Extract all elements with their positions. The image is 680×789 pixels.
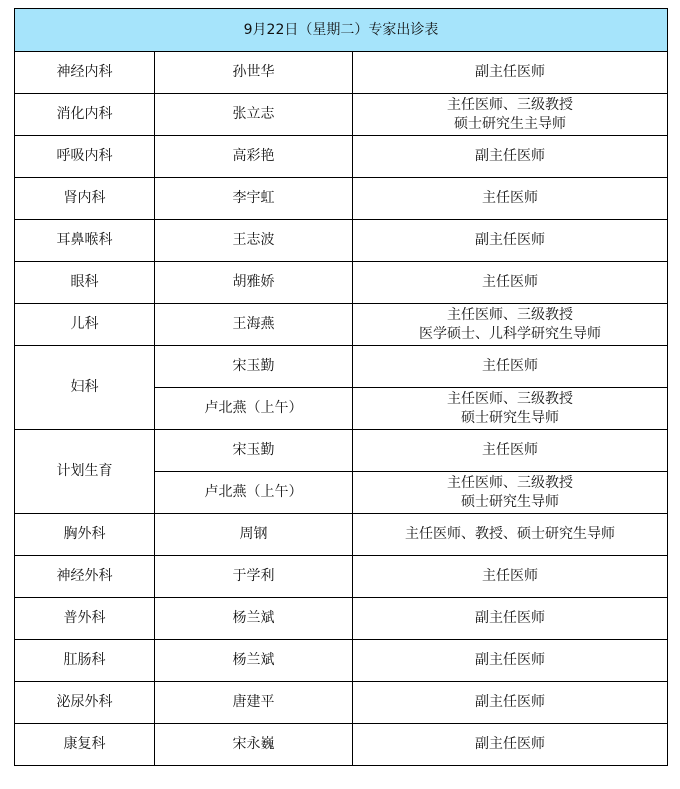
- title-line: 主任医师、三级教授: [353, 96, 667, 115]
- department-cell: 计划生育: [15, 430, 155, 514]
- doctor-name-cell: 孙世华: [155, 52, 353, 94]
- doctor-title-cell: 主任医师: [353, 178, 668, 220]
- doctor-title-cell: 主任医师、三级教授医学硕士、儿科学研究生导师: [353, 304, 668, 346]
- department-cell: 胸外科: [15, 514, 155, 556]
- doctor-title-cell: 副主任医师: [353, 724, 668, 766]
- title-line: 主任医师、三级教授: [353, 306, 667, 325]
- doctor-title-cell: 主任医师、三级教授硕士研究生导师: [353, 388, 668, 430]
- title-line: 副主任医师: [353, 147, 667, 166]
- table-title: 9月22日（星期二）专家出诊表: [15, 9, 668, 52]
- department-cell: 妇科: [15, 346, 155, 430]
- doctor-title-cell: 副主任医师: [353, 598, 668, 640]
- title-line: 主任医师: [353, 273, 667, 292]
- table-row: 胸外科周钢主任医师、教授、硕士研究生导师: [15, 514, 668, 556]
- title-line: 副主任医师: [353, 651, 667, 670]
- doctor-name-cell: 于学利: [155, 556, 353, 598]
- doctor-title-cell: 主任医师、三级教授硕士研究生主导师: [353, 94, 668, 136]
- doctor-title-cell: 主任医师、三级教授硕士研究生导师: [353, 472, 668, 514]
- department-cell: 神经外科: [15, 556, 155, 598]
- title-line: 医学硕士、儿科学研究生导师: [353, 325, 667, 344]
- table-row: 泌尿外科唐建平副主任医师: [15, 682, 668, 724]
- doctor-name-cell: 宋玉勤: [155, 430, 353, 472]
- doctor-title-cell: 主任医师、教授、硕士研究生导师: [353, 514, 668, 556]
- table-row: 呼吸内科高彩艳副主任医师: [15, 136, 668, 178]
- title-line: 副主任医师: [353, 231, 667, 250]
- doctor-name-cell: 张立志: [155, 94, 353, 136]
- department-cell: 神经内科: [15, 52, 155, 94]
- doctor-title-cell: 主任医师: [353, 262, 668, 304]
- table-body: 神经内科孙世华副主任医师消化内科张立志主任医师、三级教授硕士研究生主导师呼吸内科…: [15, 52, 668, 766]
- department-cell: 呼吸内科: [15, 136, 155, 178]
- doctor-name-cell: 王海燕: [155, 304, 353, 346]
- department-cell: 肛肠科: [15, 640, 155, 682]
- title-line: 主任医师: [353, 567, 667, 586]
- table-row: 耳鼻喉科王志波副主任医师: [15, 220, 668, 262]
- title-line: 主任医师、教授、硕士研究生导师: [353, 525, 667, 544]
- doctor-name-cell: 宋玉勤: [155, 346, 353, 388]
- title-line: 主任医师、三级教授: [353, 390, 667, 409]
- doctor-title-cell: 副主任医师: [353, 52, 668, 94]
- table-row: 消化内科张立志主任医师、三级教授硕士研究生主导师: [15, 94, 668, 136]
- doctor-name-cell: 宋永巍: [155, 724, 353, 766]
- title-line: 硕士研究生主导师: [353, 115, 667, 134]
- table-header-row: 9月22日（星期二）专家出诊表: [15, 9, 668, 52]
- doctor-title-cell: 副主任医师: [353, 220, 668, 262]
- table-row: 儿科王海燕主任医师、三级教授医学硕士、儿科学研究生导师: [15, 304, 668, 346]
- table-row: 计划生育宋玉勤主任医师: [15, 430, 668, 472]
- department-cell: 康复科: [15, 724, 155, 766]
- doctor-name-cell: 周钢: [155, 514, 353, 556]
- department-cell: 耳鼻喉科: [15, 220, 155, 262]
- title-line: 硕士研究生导师: [353, 493, 667, 512]
- department-cell: 肾内科: [15, 178, 155, 220]
- department-cell: 儿科: [15, 304, 155, 346]
- doctor-name-cell: 王志波: [155, 220, 353, 262]
- doctor-name-cell: 卢北燕（上午）: [155, 388, 353, 430]
- title-line: 主任医师、三级教授: [353, 474, 667, 493]
- doctor-title-cell: 主任医师: [353, 430, 668, 472]
- table-row: 神经外科于学利主任医师: [15, 556, 668, 598]
- title-line: 硕士研究生导师: [353, 409, 667, 428]
- title-line: 副主任医师: [353, 63, 667, 82]
- doctor-name-cell: 杨兰斌: [155, 640, 353, 682]
- title-line: 副主任医师: [353, 735, 667, 754]
- department-cell: 眼科: [15, 262, 155, 304]
- table-row: 神经内科孙世华副主任医师: [15, 52, 668, 94]
- doctor-name-cell: 高彩艳: [155, 136, 353, 178]
- title-line: 主任医师: [353, 189, 667, 208]
- doctor-name-cell: 卢北燕（上午）: [155, 472, 353, 514]
- table-row: 妇科宋玉勤主任医师: [15, 346, 668, 388]
- doctor-title-cell: 副主任医师: [353, 136, 668, 178]
- title-line: 副主任医师: [353, 693, 667, 712]
- expert-schedule-table: 9月22日（星期二）专家出诊表 神经内科孙世华副主任医师消化内科张立志主任医师、…: [14, 8, 668, 766]
- title-line: 主任医师: [353, 357, 667, 376]
- table-row: 普外科杨兰斌副主任医师: [15, 598, 668, 640]
- table-row: 肾内科李宇虹主任医师: [15, 178, 668, 220]
- department-cell: 消化内科: [15, 94, 155, 136]
- department-cell: 普外科: [15, 598, 155, 640]
- table-row: 肛肠科杨兰斌副主任医师: [15, 640, 668, 682]
- title-line: 主任医师: [353, 441, 667, 460]
- department-cell: 泌尿外科: [15, 682, 155, 724]
- doctor-name-cell: 胡雅娇: [155, 262, 353, 304]
- doctor-name-cell: 唐建平: [155, 682, 353, 724]
- title-line: 副主任医师: [353, 609, 667, 628]
- doctor-title-cell: 主任医师: [353, 556, 668, 598]
- doctor-name-cell: 杨兰斌: [155, 598, 353, 640]
- doctor-title-cell: 副主任医师: [353, 682, 668, 724]
- doctor-name-cell: 李宇虹: [155, 178, 353, 220]
- table-row: 康复科宋永巍副主任医师: [15, 724, 668, 766]
- doctor-title-cell: 主任医师: [353, 346, 668, 388]
- doctor-title-cell: 副主任医师: [353, 640, 668, 682]
- table-row: 眼科胡雅娇主任医师: [15, 262, 668, 304]
